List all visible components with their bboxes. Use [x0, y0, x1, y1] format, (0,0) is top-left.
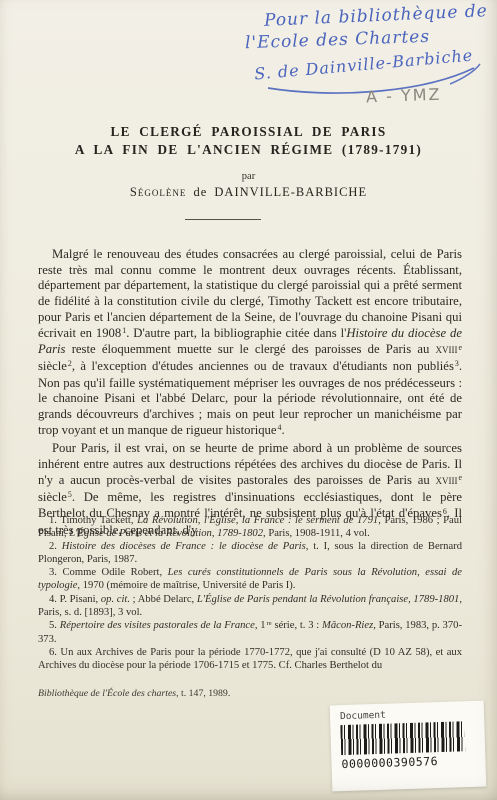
byline-preposition: par [0, 171, 497, 182]
footnote: 4. P. Pisani, op. cit. ; Abbé Delarc, L'… [38, 593, 462, 619]
journal-footer: Bibliothèque de l'École des chartes, t. … [38, 688, 230, 699]
article-title-line1: LE CLERGÉ PAROISSIAL DE PARIS [0, 123, 497, 141]
footnote: 5. Répertoire des visites pastorales de … [38, 619, 462, 646]
handwriting-dedication-line2: l'Ecole des Chartes [245, 27, 431, 53]
footnote: 6. Un aux Archives de Paris pour la péri… [38, 646, 462, 672]
article-title: LE CLERGÉ PAROISSIAL DE PARIS A LA FIN D… [0, 123, 497, 159]
footnote: 2. Histoire des diocèses de France : le … [38, 540, 462, 566]
author-first-name: Ségolène [130, 185, 186, 199]
barcode-label: Document [340, 710, 386, 722]
author-name: Ségolène de DAINVILLE-BARBICHE [0, 185, 497, 200]
footnotes-block: 1. Timothy Tackett, La Révolution, l'Égl… [38, 514, 462, 672]
scanned-journal-page: Pour la bibliothèque de l'Ecole des Char… [0, 0, 497, 800]
separator-rule [185, 219, 261, 220]
barcode-sticker: Document 0000000390576 [330, 701, 487, 792]
barcode-icon [340, 721, 465, 755]
author-particle: de [193, 185, 207, 199]
article-title-line2: A LA FIN DE L'ANCIEN RÉGIME (1789-1791) [0, 141, 497, 159]
paragraph: Malgré le renouveau des études consacrée… [38, 247, 462, 439]
handwriting-shelfmark: A - YMZ [366, 85, 442, 107]
article-body: Malgré le renouveau des études consacrée… [38, 247, 462, 541]
footnote: 1. Timothy Tackett, La Révolution, l'Égl… [38, 514, 462, 540]
handwriting-dedication-line1: Pour la bibliothèque de [264, 1, 489, 31]
barcode-number: 0000000390576 [341, 754, 438, 771]
author-last-name: DAINVILLE-BARBICHE [214, 185, 367, 199]
footnote: 3. Comme Odile Robert, Les curés constit… [38, 566, 462, 592]
